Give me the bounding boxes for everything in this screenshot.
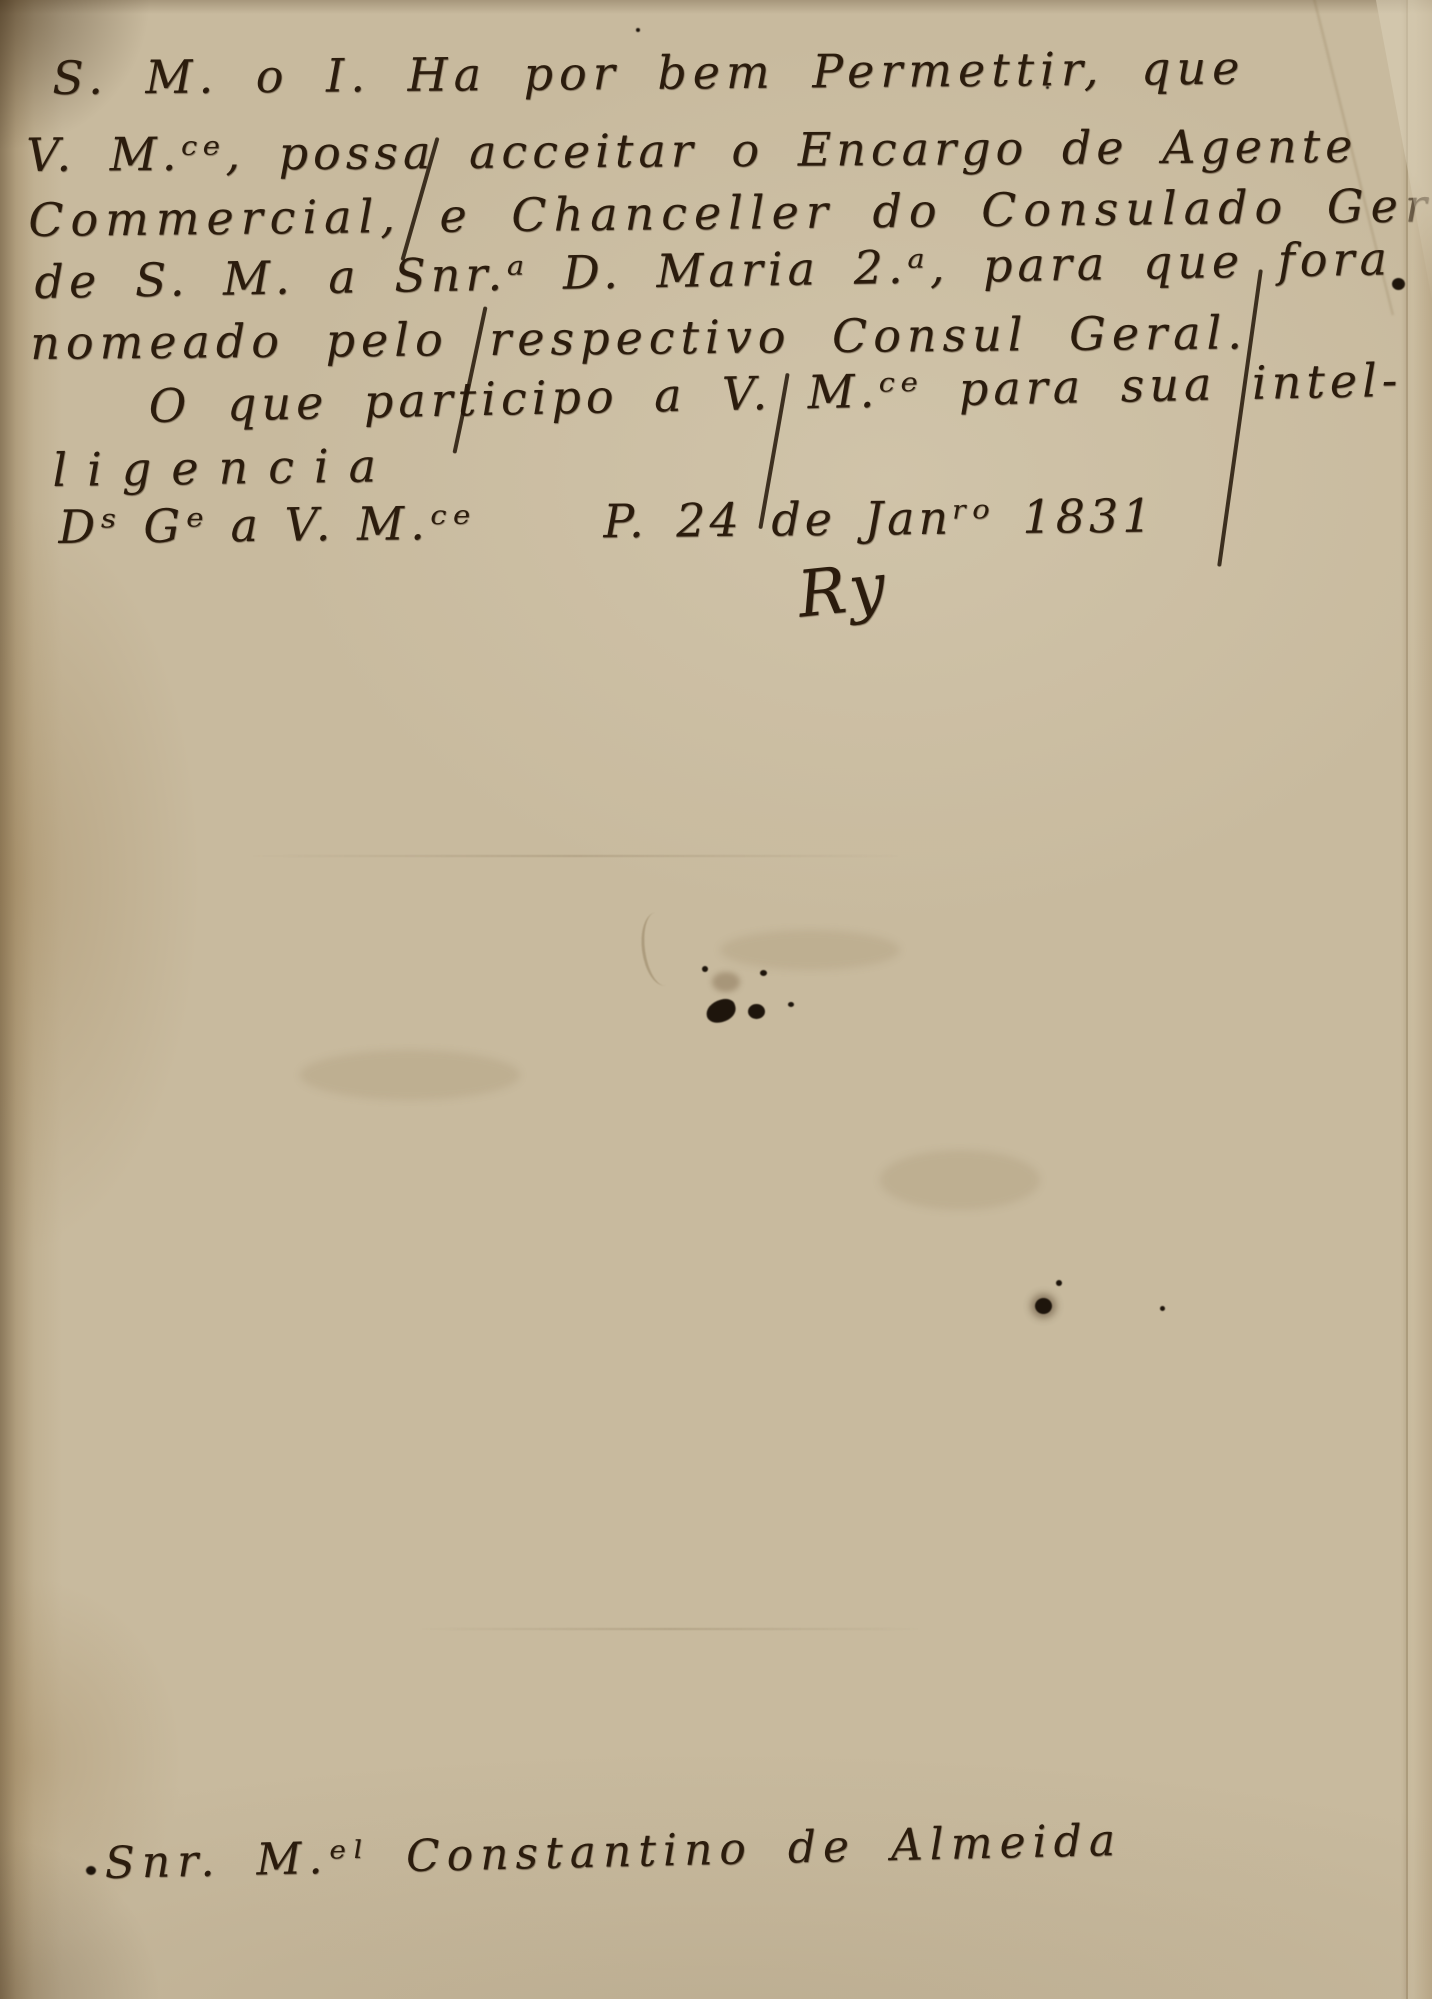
- ink-speck: [1056, 1280, 1062, 1286]
- ink-speck: [702, 966, 708, 972]
- manuscript-page: S. M. o I. Ha por bem Permettir, que V. …: [0, 0, 1432, 1999]
- ink-speck: [788, 1002, 794, 1007]
- ink-speck: [1160, 1306, 1165, 1311]
- handwritten-line-1: S. M. o I. Ha por bem Permettir, que: [52, 38, 1246, 108]
- valediction-text: Dˢ Gᵉ a V. M.ᶜᵉ: [58, 496, 477, 554]
- right-page-edge: [1408, 0, 1432, 1999]
- ink-blot-round: [1035, 1298, 1052, 1314]
- show-through-mark: [720, 930, 900, 970]
- ink-dot-before-addressee: [86, 1866, 96, 1875]
- ink-speck: [760, 970, 767, 976]
- ink-speck: [1046, 86, 1049, 89]
- show-through-mark: [300, 1050, 520, 1100]
- date-text: P. 24 de Janʳᵒ 1831: [603, 486, 1156, 552]
- crease-arc-mark: [637, 910, 684, 988]
- handwritten-line-7: ligencia: [52, 435, 396, 500]
- ink-smudge: [712, 972, 740, 992]
- paper-scratch: [420, 1628, 920, 1630]
- handwritten-line-2: V. M.ᶜᵉ, possa acceitar o Encargo de Age…: [26, 116, 1358, 185]
- show-through-mark: [880, 1150, 1040, 1210]
- ink-blot: [704, 996, 739, 1025]
- ink-blot: [748, 1004, 765, 1019]
- heavy-period-blot: [1392, 278, 1405, 290]
- signature-rubric: Ry: [795, 556, 892, 625]
- ink-speck: [636, 28, 640, 32]
- addressee-line: Snr. M.ᵉˡ Constantino de Almeida: [104, 1811, 1123, 1894]
- dateline: Dˢ Gᵉ a V. M.ᶜᵉ P. 24 de Janʳᵒ 1831: [58, 493, 477, 557]
- paper-scratch: [250, 855, 900, 857]
